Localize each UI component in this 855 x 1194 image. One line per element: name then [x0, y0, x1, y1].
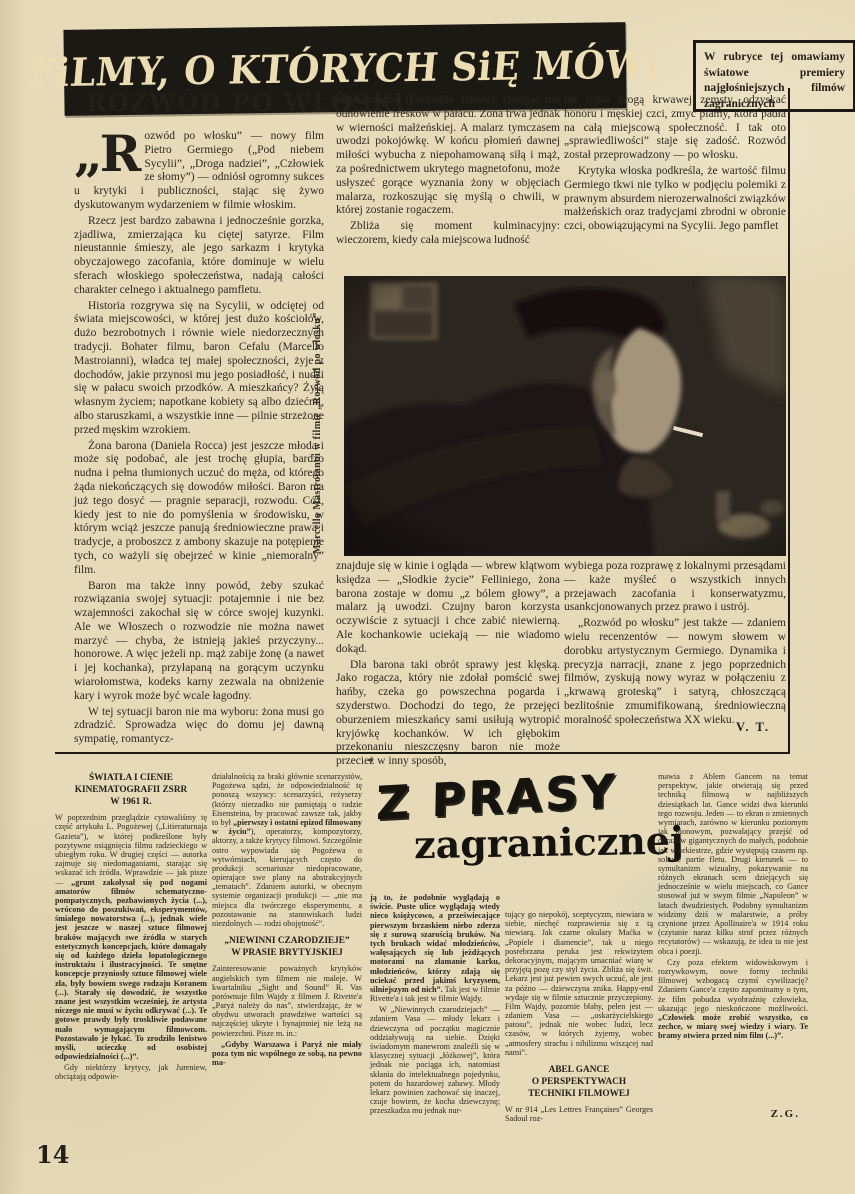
bottom-column-3: ją to, że podobnie wyglądają o świcie. P…: [370, 893, 500, 1185]
article-column-1: „R ozwód po włosku” — nowy film Pietro G…: [74, 130, 324, 752]
magazine-page: FiLMY, O KTÓRYCH SiĘ MÓWi W rubryce tej …: [0, 0, 855, 1194]
paragraph: W poprzednim przeglądzie cytowaliśmy tę …: [55, 813, 207, 1061]
paragraph: znajduje się w kinie i ogląda — wbrew kl…: [336, 560, 560, 657]
article-column-3-top: jak tylko drogą krwawej zemsty, odzyskać…: [564, 94, 786, 276]
paragraph: Czy poza efektem widowiskowym i rozrywko…: [658, 958, 808, 1041]
paragraph: ją to, że podobnie wyglądają o świcie. P…: [370, 893, 500, 1003]
press-logo-line2: zagranicznej: [414, 818, 669, 867]
paragraph: „Gdyby Warszawa i Paryż nie miały poza t…: [212, 1040, 362, 1068]
paragraph: wybiega poza rozprawę z lokalnymi przesą…: [564, 560, 786, 615]
paragraph: W nr 914 „Les Lettres Françaises” George…: [505, 1105, 653, 1123]
article-column-3-bottom: wybiega poza rozprawę z lokalnymi przesą…: [564, 560, 786, 718]
paragraph: Historia rozgrywa się na Sycylii, w odci…: [74, 300, 324, 438]
column-heading: „NIEWINNI CZARODZIEJE” W PRASIE BRYTYJSK…: [212, 935, 362, 959]
paragraph: Zbliża się moment kulminacyjny: wieczore…: [336, 220, 560, 248]
paragraph: mawia z Ablem Gancem na temat perspektyw…: [658, 772, 808, 956]
photo-caption: Marcello Mastroianni w filmie „Rozwód po…: [312, 278, 334, 554]
bottom-column-2: działalnością za braki głównie scenarzys…: [212, 772, 362, 1172]
paragraph: Gdy niektórzy krytycy, jak Jureniew, obc…: [55, 1063, 207, 1081]
bottom-column-1: ŚWIATŁA I CIENIE KINEMATOGRAFII ZSRR W 1…: [55, 772, 207, 1147]
bottom-column-5: mawia z Ablem Gancem na temat perspektyw…: [658, 772, 808, 1102]
paragraph: Baron ma także inny powód, żeby szukać r…: [74, 580, 324, 704]
paragraph: Zainteresowanie poważnych krytyków angie…: [212, 964, 362, 1038]
film-still-photo: [344, 276, 786, 556]
drop-cap: „R: [74, 133, 138, 174]
article-right-rule: [788, 88, 790, 754]
paragraph: Żona barona (Daniela Rocca) jest jeszcze…: [74, 440, 324, 578]
paragraph: Rzecz jest bardzo zabawna i jednocześnie…: [74, 215, 324, 298]
paragraph: tujący go niepokój, sceptycyzm, niewiara…: [505, 910, 653, 1057]
article-column-2-bottom: znajduje się w kinie i ogląda — wbrew kl…: [336, 560, 560, 752]
author-initials-zg: Z.G.: [650, 1108, 828, 1120]
section-divider-rule: [55, 752, 788, 754]
paragraph: Krytyka włoska podkreśla, że wartość fil…: [564, 165, 786, 234]
bottom-column-4: tujący go niepokój, sceptycyzm, niewiara…: [505, 910, 653, 1185]
film-still-illustration: [344, 276, 786, 556]
column-heading: ŚWIATŁA I CIENIE KINEMATOGRAFII ZSRR W 1…: [55, 772, 207, 808]
paragraph: jak tylko drogą krwawej zemsty, odzyskać…: [564, 94, 786, 163]
article-column-2-top: nego malarza (Leopoldo Trieste), zlecają…: [336, 94, 560, 276]
divider-asterisk: *: [368, 756, 374, 768]
page-number: 14: [36, 1140, 69, 1169]
column-heading: ABEL GANCE O PERSPEKTYWACH TECHNIKI FILM…: [505, 1064, 653, 1100]
paragraph: W tej sytuacji baron nie ma wyboru: żona…: [74, 706, 324, 747]
paragraph: działalnością za braki głównie scenarzys…: [212, 772, 362, 928]
paragraph: W „Niewinnych czarodziejach” — zdaniem V…: [370, 1005, 500, 1115]
paragraph: „Rozwód po włosku” jest także — zdaniem …: [564, 617, 786, 727]
paragraph: nego malarza (Leopoldo Trieste), zlecają…: [336, 94, 560, 218]
author-initials-vt: V. T.: [600, 720, 770, 735]
press-logo: Z PRASY zagranicznej: [368, 770, 668, 910]
